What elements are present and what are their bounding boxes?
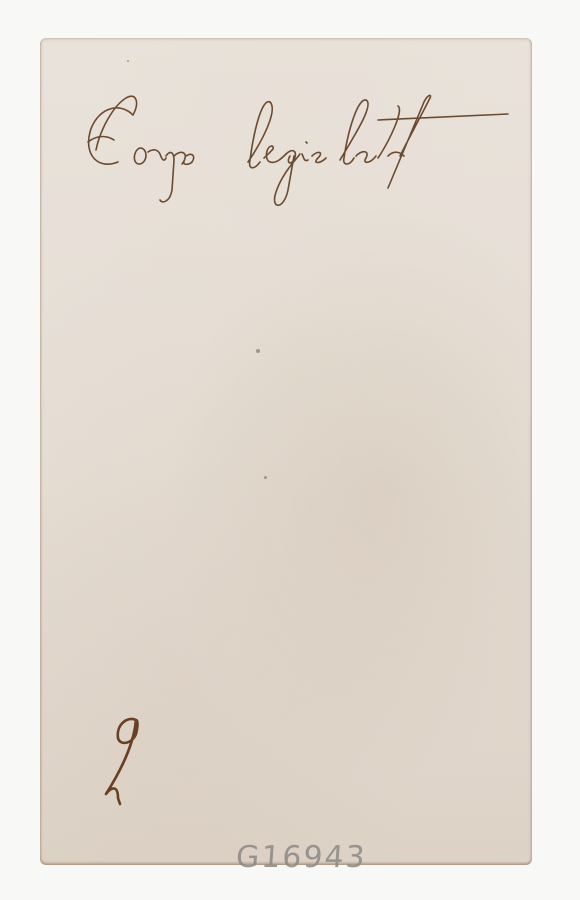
paper-speck bbox=[127, 60, 129, 62]
ink-number-mark: 2 bbox=[98, 714, 148, 809]
paper-speck bbox=[256, 349, 260, 353]
handwritten-title: Corps législatif bbox=[78, 70, 518, 210]
paper-speck bbox=[264, 476, 267, 479]
pencil-inventory-number: G16943 bbox=[235, 840, 368, 875]
photo-card-back: Corps législatif bbox=[40, 38, 532, 865]
cursive-script-icon bbox=[78, 70, 518, 210]
